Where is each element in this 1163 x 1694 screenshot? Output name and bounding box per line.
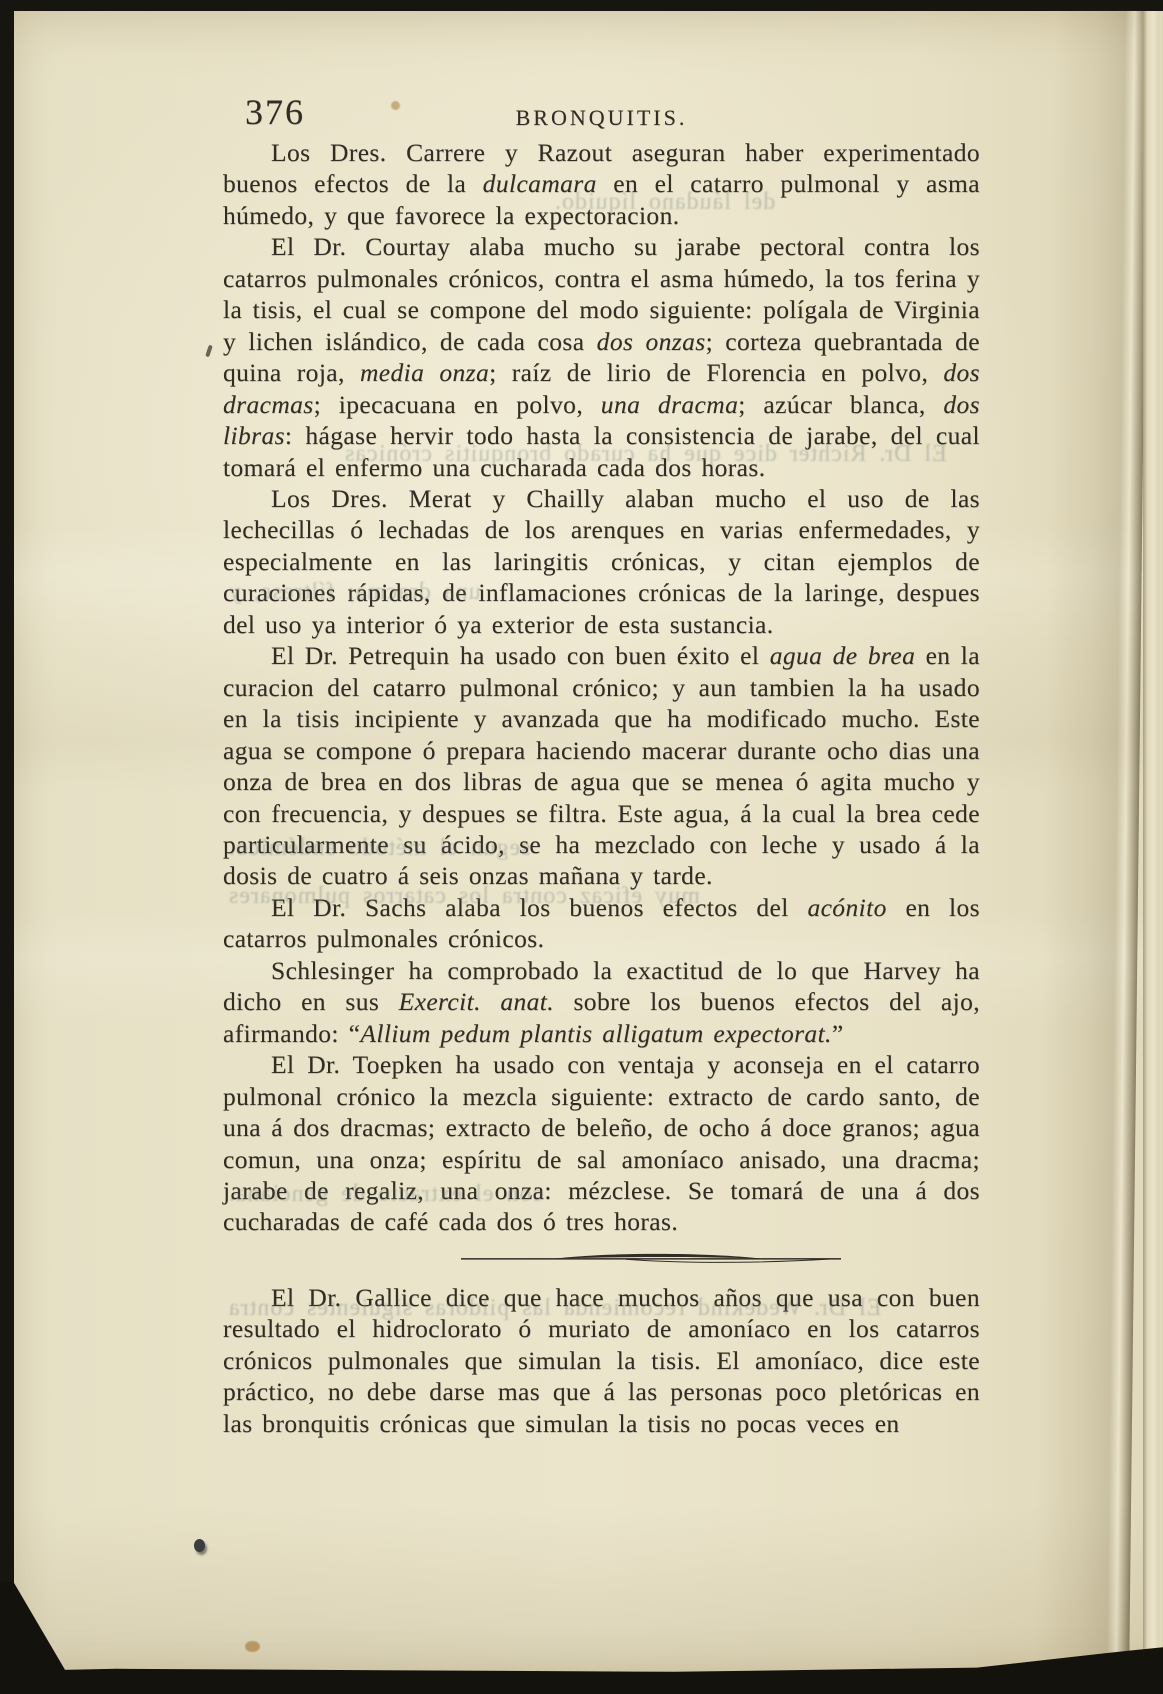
- running-header: BRONQUITIS.: [223, 105, 980, 131]
- italic-text-segment: Allium pedum plantis alligatum expectora…: [360, 1019, 831, 1048]
- italic-text-segment: dulcamara: [483, 169, 597, 198]
- paragraph: Los Dres. Merat y Chailly alaban mucho e…: [223, 483, 980, 640]
- page-fold-shadow: [1035, 10, 1148, 1672]
- italic-text-segment: una dracma: [601, 390, 738, 419]
- paragraph: Schlesinger ha comprobado la exactitud d…: [223, 955, 980, 1049]
- text-segment: El Dr. Toepken ha usado con ventaja y ac…: [223, 1050, 980, 1236]
- italic-text-segment: dos onzas: [597, 327, 706, 356]
- text-segment: El Dr. Sachs alaba los buenos efectos de…: [271, 893, 807, 922]
- text-segment: ; azúcar blanca,: [738, 390, 943, 419]
- paragraphs-before-divider: Los Dres. Carrere y Razout aseguran habe…: [223, 137, 980, 1238]
- paragraph: El Dr. Petrequin ha usado con buen éxito…: [223, 640, 980, 892]
- text-segment: en la curacion del catarro pulmonal crón…: [223, 641, 980, 890]
- ink-speck: [391, 101, 400, 110]
- ink-speck: [245, 1641, 260, 1652]
- book-page: 376 BRONQUITIS. Los Dres. Carrere y Razo…: [14, 11, 1163, 1672]
- text-segment: Los Dres. Merat y Chailly alaban mucho e…: [223, 484, 980, 639]
- body-text-column: Los Dres. Carrere y Razout aseguran habe…: [223, 137, 980, 1439]
- scan-backdrop: 376 BRONQUITIS. Los Dres. Carrere y Razo…: [0, 0, 1163, 1694]
- italic-text-segment: agua de brea: [770, 641, 916, 670]
- page-edge-strip: [1143, 11, 1163, 1672]
- paragraphs-after-divider: El Dr. Gallice dice que hace muchos años…: [223, 1282, 980, 1439]
- ink-speck: [205, 345, 213, 358]
- paragraph: El Dr. Toepken ha usado con ventaja y ac…: [223, 1049, 980, 1238]
- text-segment: ; raíz de lirio de Florencia en polvo,: [489, 358, 943, 387]
- paragraph: El Dr. Gallice dice que hace muchos años…: [223, 1282, 980, 1439]
- italic-text-segment: media onza: [360, 358, 489, 387]
- italic-text-segment: acónito: [807, 893, 886, 922]
- text-segment: El Dr. Petrequin ha usado con buen éxito…: [271, 641, 770, 670]
- text-segment: El Dr. Gallice dice que hace muchos años…: [223, 1283, 980, 1438]
- paragraph: Los Dres. Carrere y Razout aseguran habe…: [223, 137, 980, 231]
- paragraph: El Dr. Sachs alaba los buenos efectos de…: [223, 892, 980, 955]
- italic-text-segment: Exercit. anat.: [399, 987, 554, 1016]
- text-segment: ; ipecacuana en polvo,: [314, 390, 601, 419]
- section-divider: [461, 1252, 841, 1266]
- text-segment: ”: [832, 1019, 844, 1048]
- swelled-rule-graphic: [461, 1252, 841, 1266]
- text-segment: : hágase hervir todo hasta la consistenc…: [223, 421, 980, 481]
- paragraph: El Dr. Courtay alaba mucho su jarabe pec…: [223, 231, 980, 483]
- ink-speck: [194, 1539, 205, 1552]
